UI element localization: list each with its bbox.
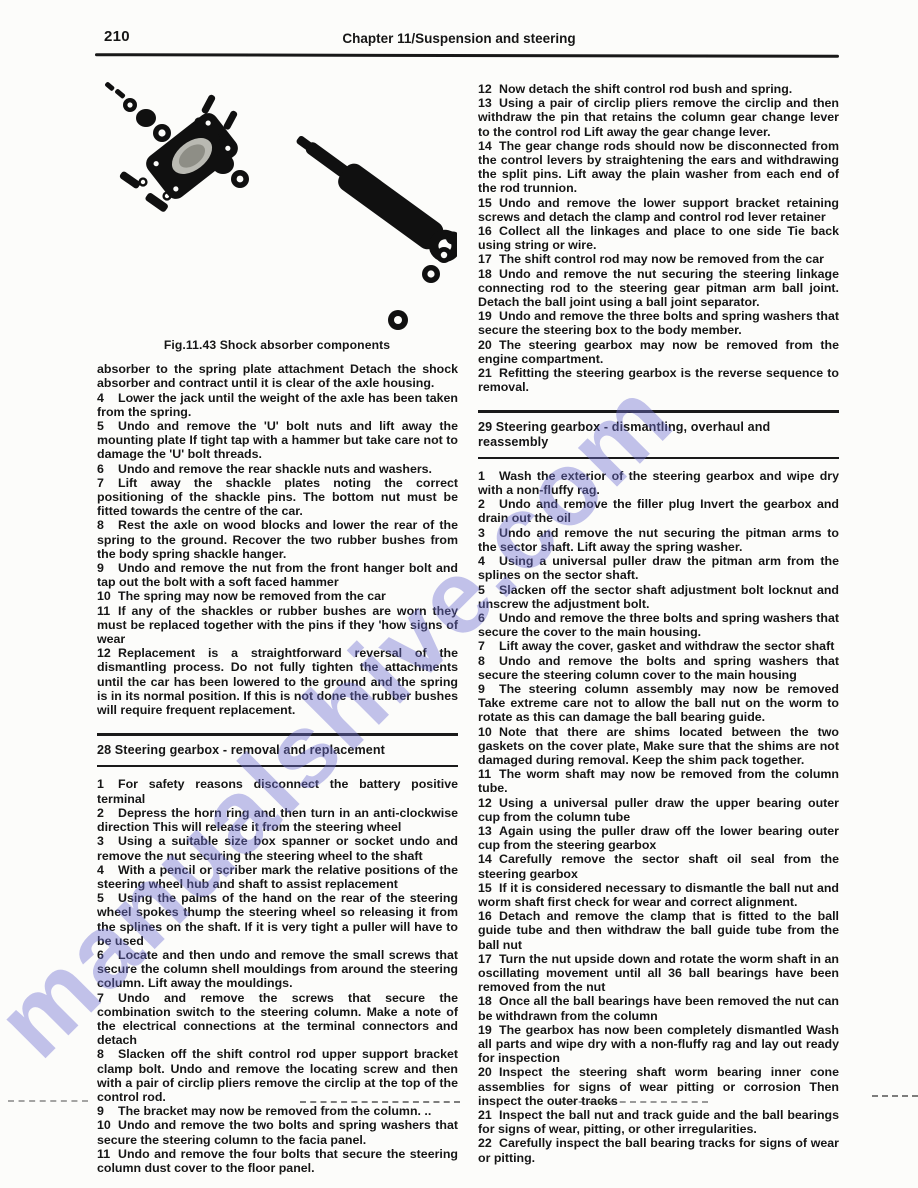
manual-step: 19Undo and remove the three bolts and sp… [478,309,839,337]
manual-page: 210 Chapter 11/Suspension and steering [0,0,918,1188]
step-number: 5 [97,419,118,433]
step-number: 15 [478,881,499,895]
manual-step: 9The bracket may now be removed from the… [97,1104,458,1118]
step-number: 10 [478,725,499,739]
manual-step: 11Undo and remove the four bolts that se… [97,1147,458,1175]
step-number: 7 [97,991,118,1005]
step-number: 18 [478,994,499,1008]
manual-step: 7Lift away the shackle plates noting the… [97,476,458,519]
step-number: 16 [478,224,499,238]
manual-step: 7Undo and remove the screws that secure … [97,991,458,1048]
step-number: 5 [97,891,118,905]
manual-step: 21Inspect the ball nut and track guide a… [478,1108,839,1136]
step-number: 1 [478,469,499,483]
manual-step: 9Undo and remove the nut from the front … [97,561,458,589]
step-number: 9 [478,682,499,696]
manual-step: 4Using a universal puller draw the pitma… [478,554,839,582]
manual-step: 12Using a universal puller draw the uppe… [478,796,839,824]
manual-step: 17The shift control rod may now be remov… [478,252,839,266]
step-number: 13 [478,824,499,838]
manual-step: 2Undo and remove the filler plug Invert … [478,497,839,525]
manual-step: 16Detach and remove the clamp that is fi… [478,909,839,952]
manual-step: 6Undo and remove the three bolts and spr… [478,611,839,639]
step-number: 20 [478,1065,499,1079]
step-number: 16 [478,909,499,923]
manual-step: 10Undo and remove the two bolts and spri… [97,1118,458,1146]
step-number: 14 [478,852,499,866]
shock-absorber-diagram [97,78,457,336]
manual-step: 6Locate and then undo and remove the sma… [97,948,458,991]
manual-step: 4Lower the jack until the weight of the … [97,391,458,419]
manual-step: 5Slacken off the sector shaft adjustment… [478,583,839,611]
step-number: 2 [97,806,118,820]
manual-step: 3Undo and remove the nut securing the pi… [478,526,839,554]
left-column: Fig.11.43 Shock absorber components abso… [97,78,458,1175]
scan-artifact-line [8,1100,88,1102]
step-number: 17 [478,952,499,966]
step-number: 1 [97,777,118,791]
section-28-steps: 1For safety reasons disconnect the batte… [97,777,458,1175]
manual-step: 15Undo and remove the lower support brac… [478,196,839,224]
step-number: 2 [478,497,499,511]
manual-step: 10Note that there are shims located betw… [478,725,839,768]
step-number: 19 [478,1023,499,1037]
manual-step: 7Lift away the cover, gasket and withdra… [478,639,839,653]
step-number: 9 [97,1104,118,1118]
section-28-steps-continued: 12Now detach the shift control rod bush … [478,82,839,394]
manual-step: 11If any of the shackles or rubber bushe… [97,604,458,647]
manual-step: 13Using a pair of circlip pliers remove … [478,96,839,139]
manual-step: 6Undo and remove the rear shackle nuts a… [97,462,458,476]
manual-step: 12Now detach the shift control rod bush … [478,82,839,96]
section-28-header: 28 Steering gearbox - removal and replac… [97,733,458,767]
manual-step: 5Undo and remove the 'U' bolt nuts and l… [97,419,458,462]
left-steps-top: 4Lower the jack until the weight of the … [97,391,458,718]
step-number: 17 [478,252,499,266]
manual-step: 3Using a suitable size box spanner or so… [97,834,458,862]
manual-step: 11The worm shaft may now be removed from… [478,767,839,795]
manual-step: 12Replacement is a straightforward rever… [97,646,458,717]
step-number: 22 [478,1136,499,1150]
manual-step: 10The spring may now be removed from the… [97,589,458,603]
manual-step: 9The steering column assembly may now be… [478,682,839,725]
manual-step: 17Turn the nut upside down and rotate th… [478,952,839,995]
step-number: 8 [97,518,118,532]
step-number: 20 [478,338,499,352]
manual-step: 1Wash the exterior of the steering gearb… [478,469,839,497]
step-number: 8 [97,1047,118,1061]
manual-step: 8Rest the axle on wood blocks and lower … [97,518,458,561]
step-number: 11 [478,767,499,781]
step-number: 5 [478,583,499,597]
step-number: 6 [97,948,118,962]
step-number: 4 [478,554,499,568]
step-number: 10 [97,589,118,603]
step-number: 7 [97,476,118,490]
manual-step: 8Slacken off the shift control rod upper… [97,1047,458,1104]
manual-step: 18Undo and remove the nut securing the s… [478,267,839,310]
step-number: 10 [97,1118,118,1132]
section-29-header: 29 Steering gearbox - dismantling, overh… [478,410,839,458]
manual-step: 5Using the palms of the hand on the rear… [97,891,458,948]
step-number: 6 [97,462,118,476]
step-number: 19 [478,309,499,323]
step-number: 9 [97,561,118,575]
step-number: 12 [97,646,118,660]
manual-step: 15If it is considered necessary to disma… [478,881,839,909]
manual-step: 14The gear change rods should now be dis… [478,139,839,196]
step-number: 4 [97,863,118,877]
manual-step: 20The steering gearbox may now be remove… [478,338,839,366]
step-number: 4 [97,391,118,405]
manual-step: 14Carefully remove the sector shaft oil … [478,852,839,880]
header-rule [95,53,839,58]
manual-step: 13Again using the puller draw off the lo… [478,824,839,852]
manual-step: 2Depress the horn ring and then turn in … [97,806,458,834]
step-number: 14 [478,139,499,153]
step-number: 11 [97,604,118,618]
step-number: 7 [478,639,499,653]
manual-step: 19The gearbox has now been completely di… [478,1023,839,1066]
step-number: 21 [478,366,499,380]
step-number: 3 [478,526,499,540]
scan-artifact-line [300,1101,460,1103]
step-number: 3 [97,834,118,848]
step-number: 6 [478,611,499,625]
manual-step: 21Refitting the steering gearbox is the … [478,366,839,394]
scan-artifact-line [558,1101,708,1103]
manual-step: absorber to the spring plate attachment … [97,362,458,390]
manual-step: 18Once all the ball bearings have been r… [478,994,839,1022]
step-number: 12 [478,82,499,96]
step-number: 12 [478,796,499,810]
step-number: 13 [478,96,499,110]
left-continuation-text: absorber to the spring plate attachment … [97,362,458,390]
manual-step: 16Collect all the linkages and place to … [478,224,839,252]
step-number: 8 [478,654,499,668]
section-29-steps: 1Wash the exterior of the steering gearb… [478,469,839,1165]
step-number: 11 [97,1147,118,1161]
step-number: 18 [478,267,499,281]
scan-artifact-line [872,1095,918,1097]
step-number: 21 [478,1108,499,1122]
manual-step: 8Undo and remove the bolts and spring wa… [478,654,839,682]
right-column: 12Now detach the shift control rod bush … [478,82,839,1165]
manual-step: 4With a pencil or scriber mark the relat… [97,863,458,891]
chapter-header: Chapter 11/Suspension and steering [0,31,918,46]
figure-caption: Fig.11.43 Shock absorber components [97,338,457,352]
manual-step: 22Carefully inspect the ball bearing tra… [478,1136,839,1164]
step-number: 15 [478,196,499,210]
manual-step: 1For safety reasons disconnect the batte… [97,777,458,805]
figure-shock-absorber: Fig.11.43 Shock absorber components [97,78,457,352]
